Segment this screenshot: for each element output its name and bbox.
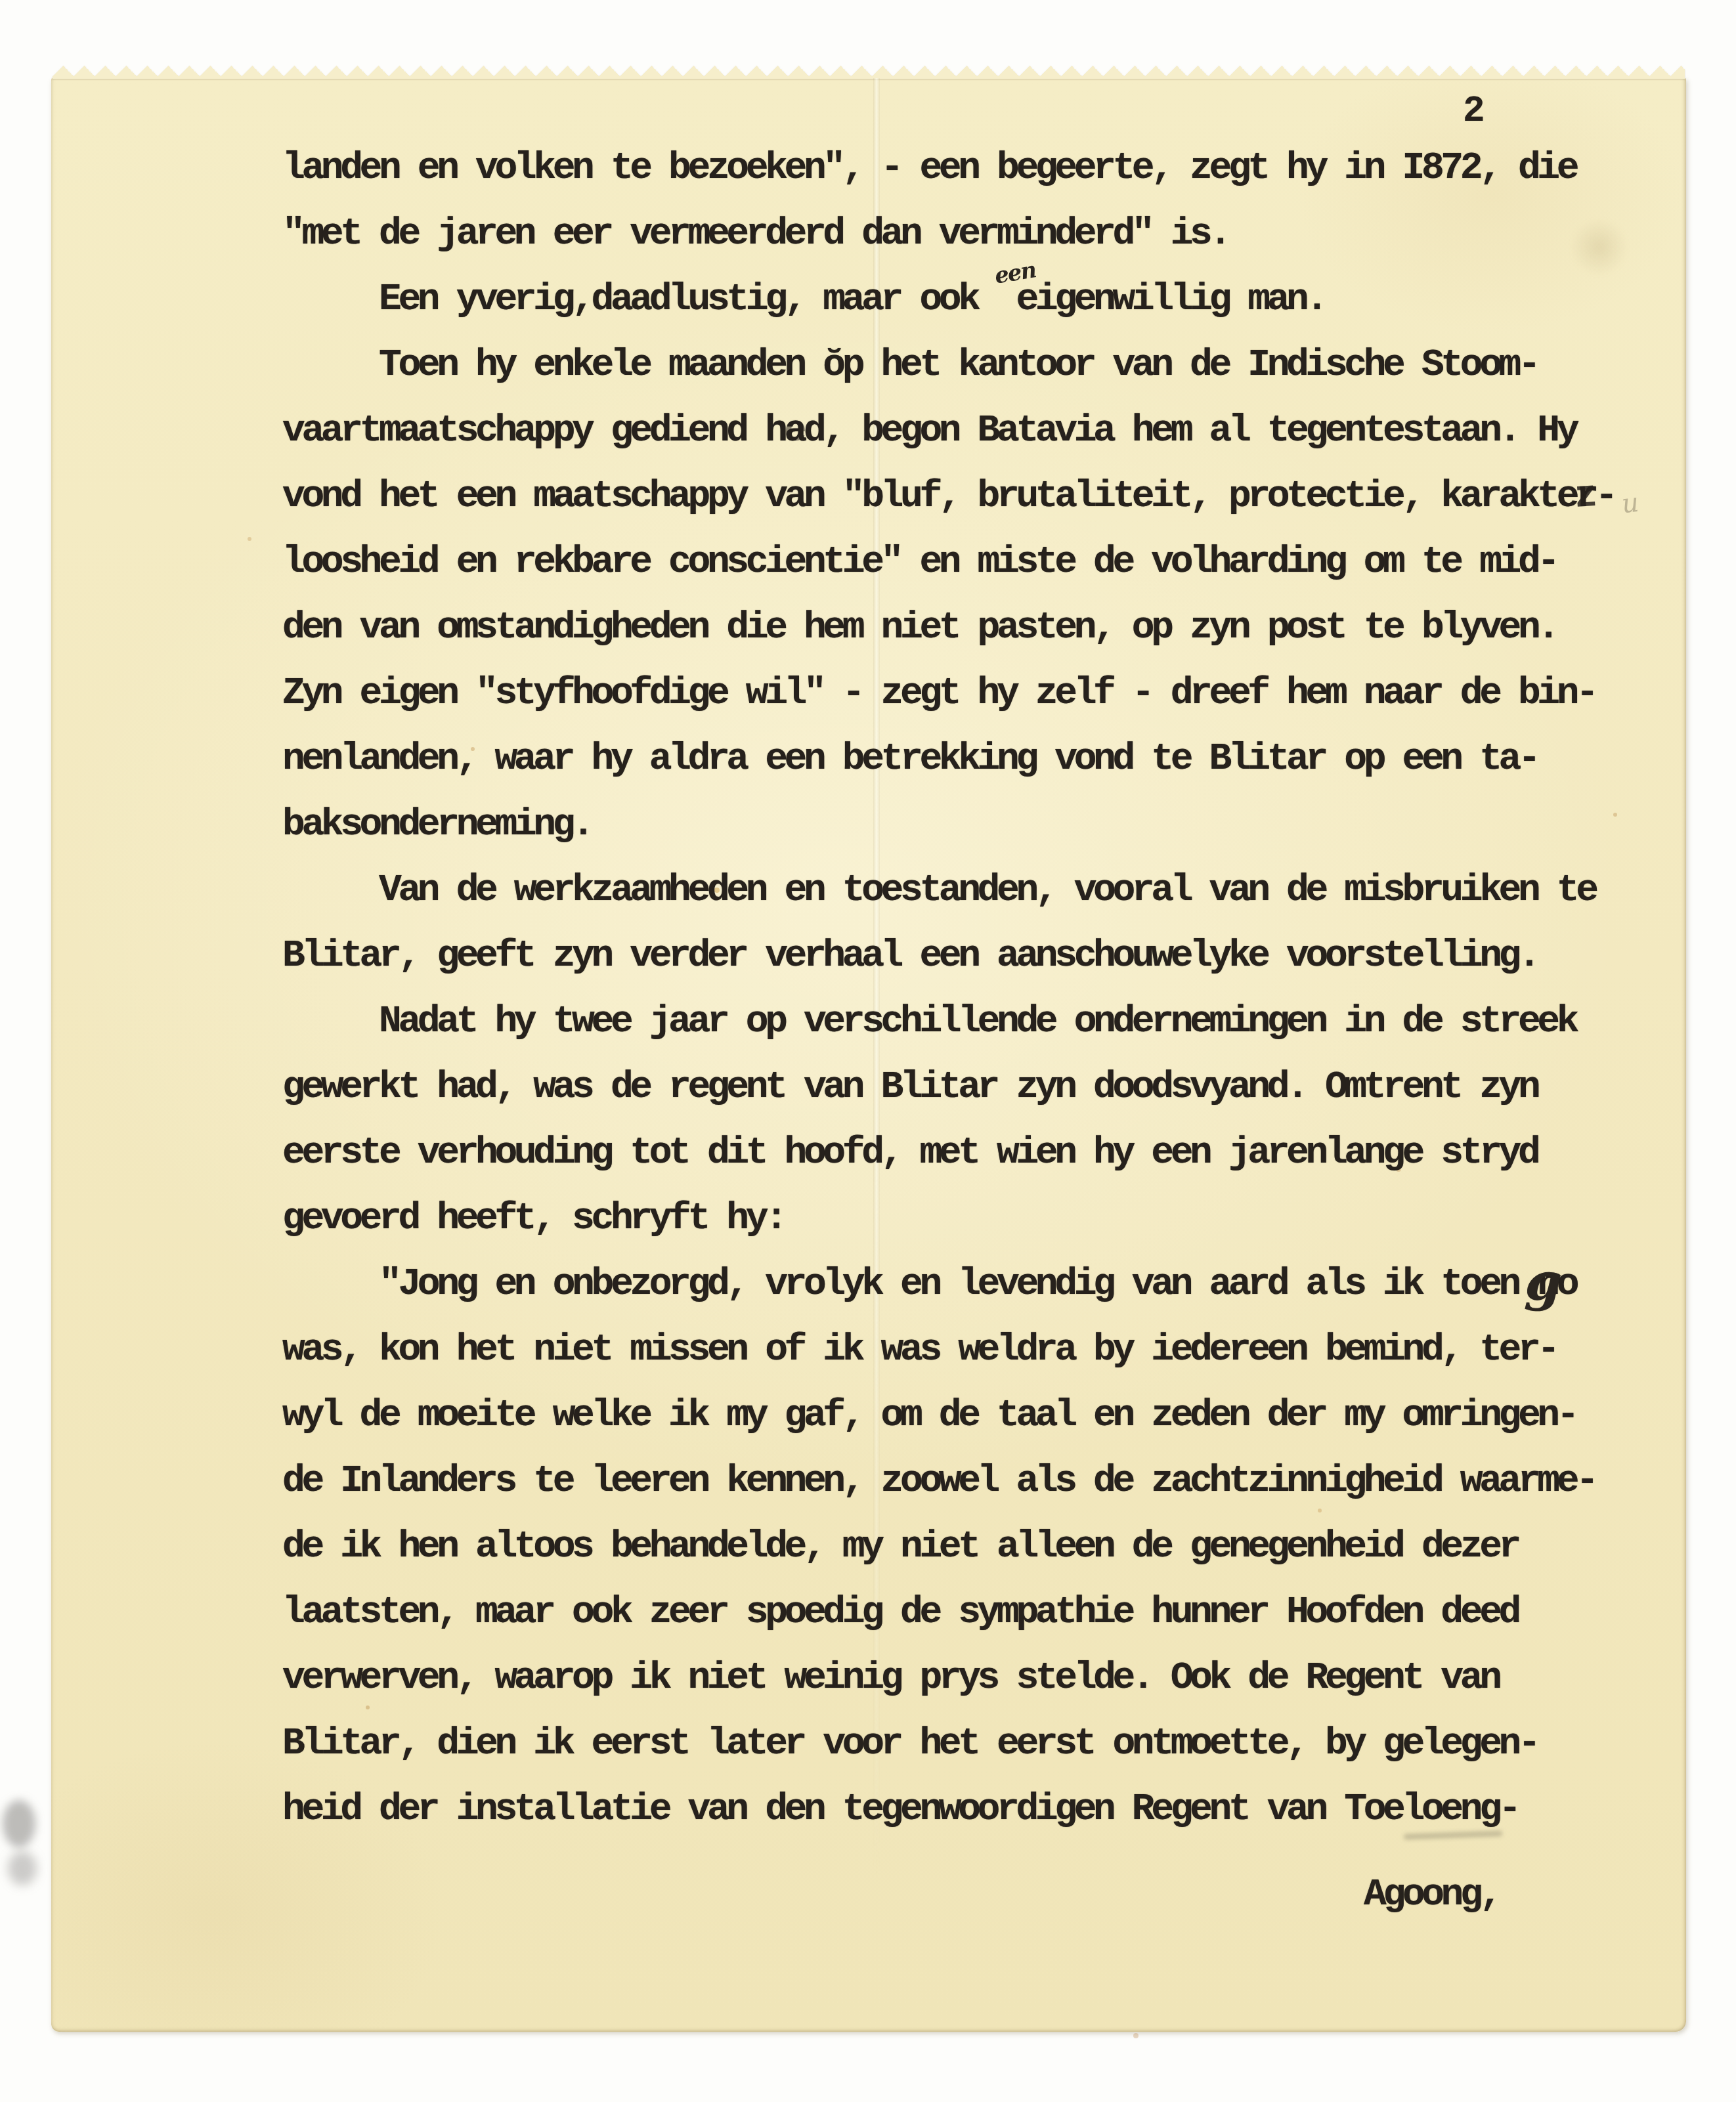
typed-line: was, kon het niet missen of ik was weldr… (282, 1318, 1615, 1383)
typed-line: baksonderneming. (282, 792, 1615, 858)
typed-line: verwerven, waarop ik niet weinig prys st… (282, 1646, 1615, 1711)
typed-line: gevoerd heeft, schryft hy: (282, 1186, 1615, 1252)
typed-line: den van omstandigheden die hem niet past… (282, 595, 1615, 661)
typed-line: landen en volken te bezoeken", - een beg… (282, 136, 1615, 202)
typed-line: "Jong en onbezorgd, vrolyk en levendig v… (282, 1252, 1615, 1318)
paper-page: 2 landen en volken te bezoeken", - een b… (51, 78, 1686, 2032)
typed-line: Blitar, dien ik eerst later voor het eer… (282, 1711, 1615, 1777)
typed-text: landen en volken te bezoeken", - een beg… (282, 136, 1615, 1928)
typed-line: wyl de moeite welke ik my gaf, om de taa… (282, 1383, 1615, 1449)
pencil-smudge (3, 1800, 35, 1847)
typed-line: Zyn eigen "styfhoofdige wil" - zegt hy z… (282, 661, 1615, 727)
typed-line: "met de jaren eer vermeerderd dan vermin… (282, 202, 1615, 267)
typed-line: nenlanden, waar hy aldra een betrekking … (282, 727, 1615, 792)
pencil-letter-u: u (1620, 490, 1640, 517)
typed-line: Nadat hy twee jaar op verschillende onde… (282, 989, 1615, 1055)
pencil-smudge (8, 1851, 37, 1885)
typed-line: de ik hen altoos behandelde, my niet all… (282, 1514, 1615, 1580)
typed-line: Een yverig,daadlustig, maar ook eigenwil… (282, 267, 1615, 333)
handwritten-insertion-een: een (993, 259, 1037, 287)
torn-edge (53, 66, 1685, 79)
overstruck-letter-had: e (784, 398, 803, 464)
scan-background: 2 landen en volken te bezoeken", - een b… (0, 0, 1736, 2102)
typed-line: laatsten, maar ook zeer spoedig de sympa… (282, 1580, 1615, 1646)
typed-line: Toen hy enkele maanden ŏp het kantoor va… (282, 333, 1615, 398)
typed-line: Blitar, geeft zyn verder verhaal een aan… (282, 924, 1615, 989)
typed-line: vaartmaatschappy gediend had, begon Bata… (282, 398, 1615, 464)
typed-line-agoong: Agoong, (282, 1862, 1615, 1928)
typed-line: heid der installatie van den tegenwoordi… (282, 1777, 1615, 1843)
typed-line: loosheid en rekbare conscientie" en mist… (282, 530, 1615, 595)
handwritten-letter-g: g (1524, 1255, 1563, 1309)
typed-line: eerste verhouding tot dit hoofd, met wie… (282, 1121, 1615, 1186)
typed-line: de Inlanders te leeren kennen, zoowel al… (282, 1449, 1615, 1514)
typed-line: gewerkt had, was de regent van Blitar zy… (282, 1055, 1615, 1121)
typed-line: vond het een maatschappy van "bluf, brut… (282, 464, 1615, 530)
page-number: 2 (1463, 91, 1485, 131)
foxing-specks (51, 78, 54, 81)
typed-line: Van de werkzaamheden en toestanden, voor… (282, 858, 1615, 924)
